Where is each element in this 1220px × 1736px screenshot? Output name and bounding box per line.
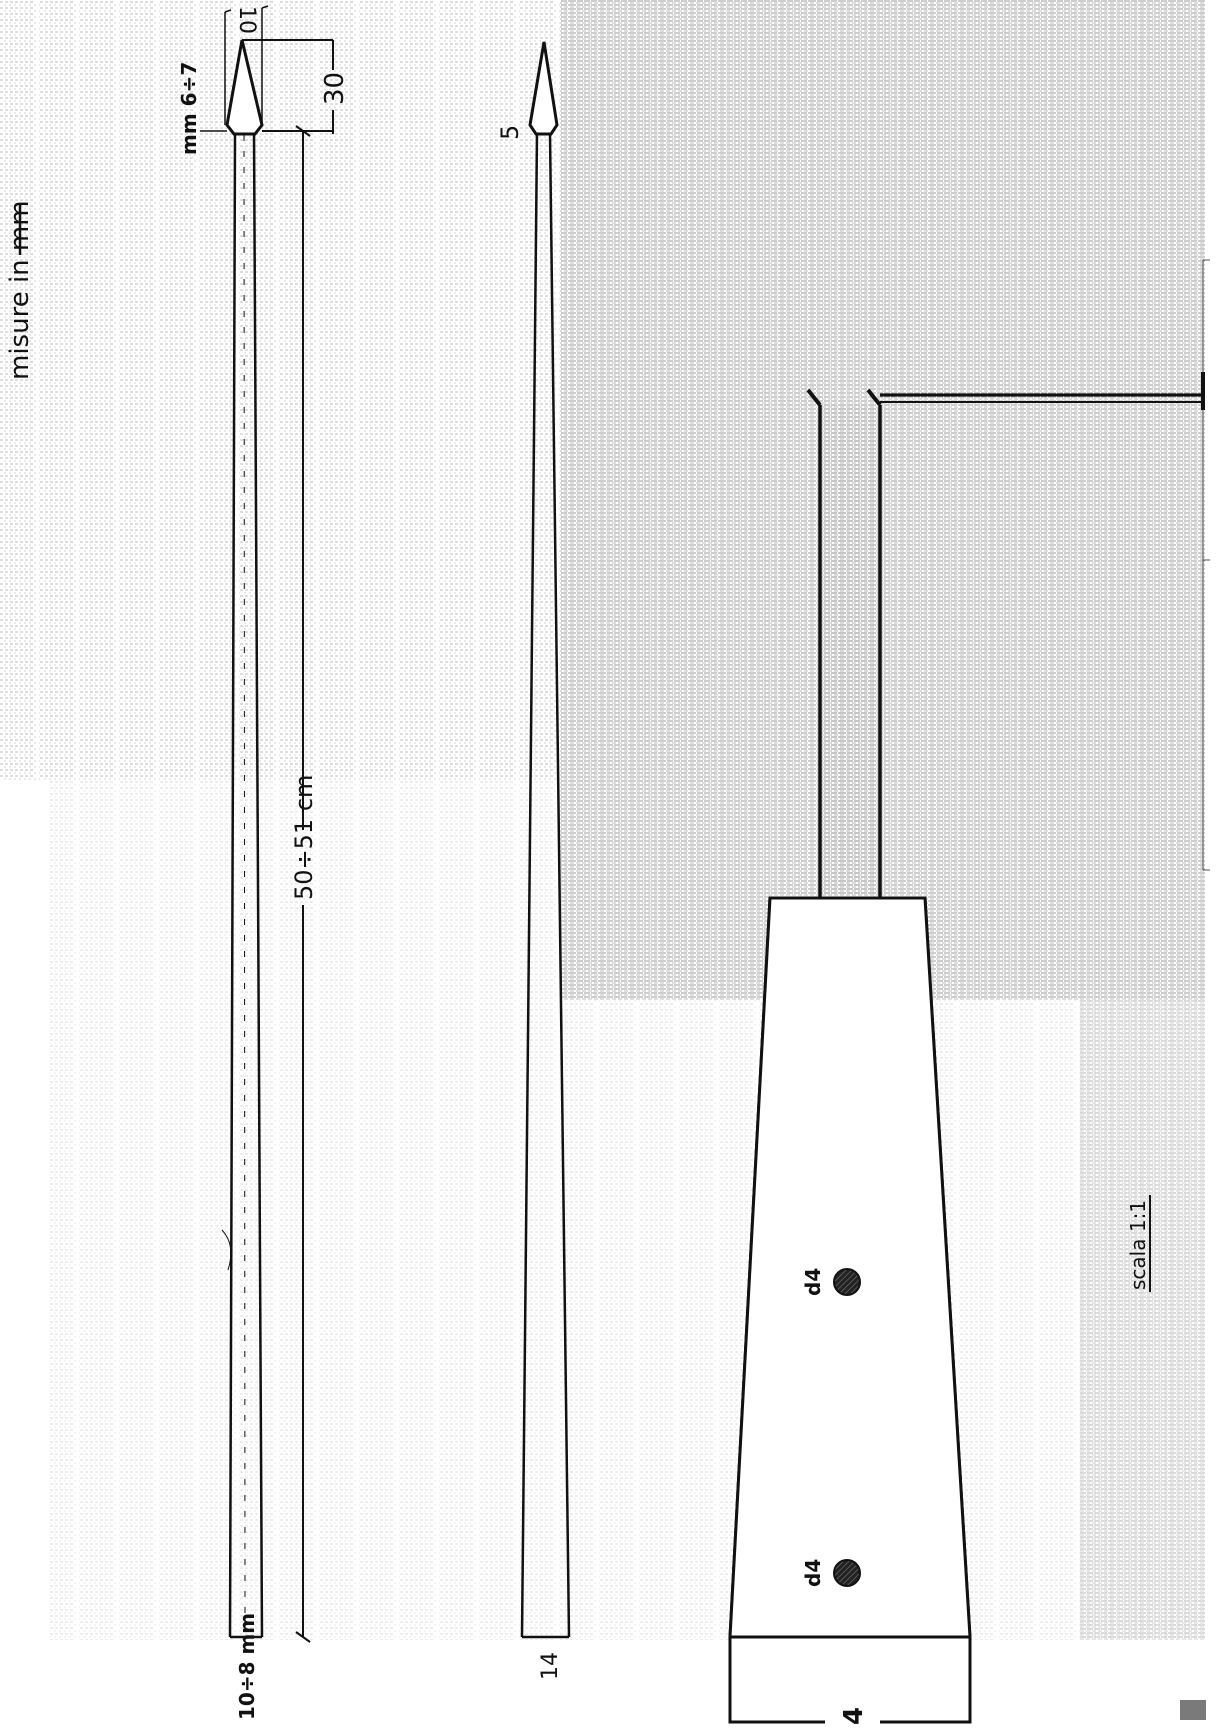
hole-1-label: d4 <box>801 1268 825 1296</box>
shaft-length-label: 50÷51 cm <box>290 775 318 900</box>
scale-label: scala 1:1 <box>1126 1200 1150 1290</box>
technical-drawing: misure in mm 10 30 mm 6÷7 50÷51 cm 10÷8 … <box>0 0 1220 1736</box>
middle-base-label: 14 <box>538 1652 563 1680</box>
hole-1 <box>834 1269 860 1295</box>
scan-background <box>0 0 1220 1736</box>
handle-bottom-label: 4 <box>839 1707 869 1725</box>
left-neck-label: mm 6÷7 <box>177 62 201 155</box>
units-note: misure in mm <box>5 200 35 380</box>
left-tip-length-label: 30 <box>320 72 350 105</box>
middle-tip-label: 5 <box>496 125 524 140</box>
left-base-label: 10÷8 mm <box>235 1613 259 1720</box>
hole-2 <box>834 1560 860 1586</box>
left-tip-width-label: 10 <box>234 6 259 34</box>
hole-2-label: d4 <box>801 1559 825 1587</box>
